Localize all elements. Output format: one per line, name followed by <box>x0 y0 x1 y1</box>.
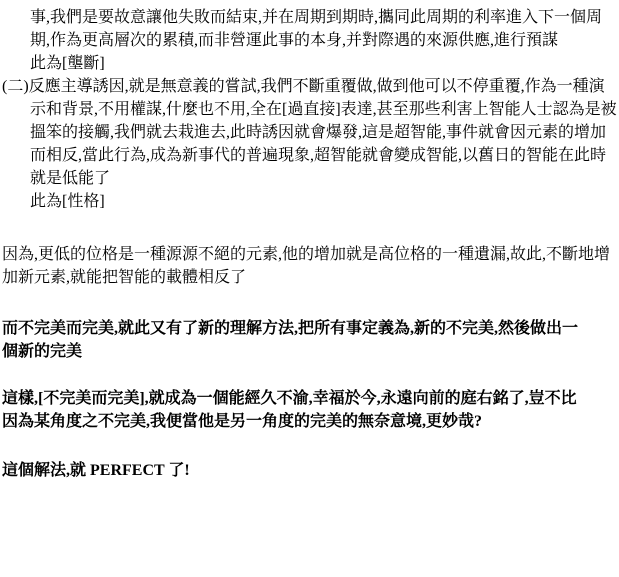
paragraph-motto: 這樣,[不完美而完美],就成為一個能經久不渝,幸福於今,永遠向前的庭右銘了,豈不… <box>2 387 617 433</box>
text-line: 因為,更低的位格是一種源源不絕的元素,他的增加就是高位格的一種遺漏,故此,不斷地… <box>2 243 617 266</box>
text-line: 這個解法,就 PERFECT 了! <box>2 459 617 482</box>
text-line: 個新的完美 <box>2 340 617 363</box>
text-line: 期,作為更高層次的累積,而非營運此事的本身,并對際遇的來源供應,進行預謀 <box>30 29 617 52</box>
text-line: 事,我們是要故意讓他失敗而結束,并在周期到期時,攜同此周期的利率進入下一個周 <box>30 6 617 29</box>
paragraph-lower-rank-elements: 因為,更低的位格是一種源源不絕的元素,他的增加就是高位格的一種遺漏,故此,不斷地… <box>2 243 617 289</box>
text-line: 示和背景,不用權謀,什麼也不用,全在[過直接]表達,甚至那些利害上智能人士認為是… <box>30 98 617 121</box>
text-line: 這樣,[不完美而完美],就成為一個能經久不渝,幸福於今,永遠向前的庭右銘了,豈不… <box>2 387 617 410</box>
paragraph-conclusion: 這個解法,就 PERFECT 了! <box>2 459 617 482</box>
text-line: 此為[壟斷] <box>30 52 617 75</box>
text-line: 加新元素,就能把智能的載體相反了 <box>2 266 617 289</box>
text-line: 就是低能了 <box>30 167 617 190</box>
text-line: 因為某角度之不完美,我便當他是另一角度的完美的無奈意境,更妙哉? <box>2 410 617 433</box>
list-item-two-line: (二)反應主導誘因,就是無意義的嘗試,我們不斷重覆做,做到他可以不停重覆,作為一… <box>2 75 617 98</box>
text-line: 而相反,當此行為,成為新事代的普遍現象,超智能就會變成智能,以舊日的智能在此時 <box>30 144 617 167</box>
text-line: 搵笨的接觸,我們就去栽進去,此時誘因就會爆發,這是超智能,事件就會因元素的增加 <box>30 121 617 144</box>
text-line: 此為[性格] <box>30 190 617 213</box>
document-page: 事,我們是要故意讓他失敗而結束,并在周期到期時,攜同此周期的利率進入下一個周 期… <box>0 0 619 577</box>
paragraph-monopoly-and-character: 事,我們是要故意讓他失敗而結束,并在周期到期時,攜同此周期的利率進入下一個周 期… <box>2 6 617 213</box>
paragraph-imperfect-yet-perfect: 而不完美而完美,就此又有了新的理解方法,把所有事定義為,新的不完美,然後做出一 … <box>2 317 617 363</box>
text-line: 而不完美而完美,就此又有了新的理解方法,把所有事定義為,新的不完美,然後做出一 <box>2 317 617 340</box>
